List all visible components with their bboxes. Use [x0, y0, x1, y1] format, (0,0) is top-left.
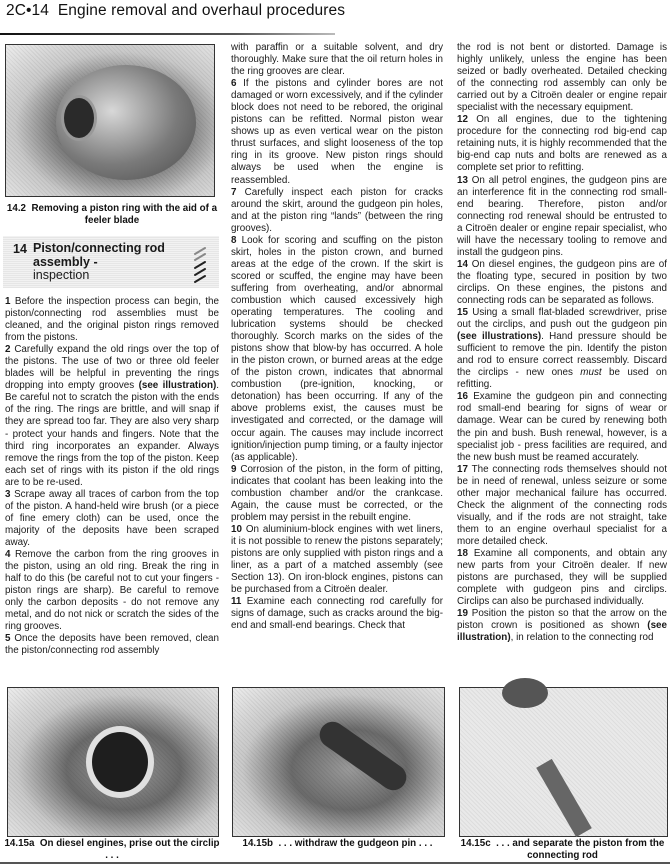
paragraph-6: 6 If the pistons and cylinder bores are …	[231, 78, 443, 186]
section-heading: 14 Piston/connecting rod assembly - insp…	[3, 236, 219, 288]
circlip-illustration	[86, 726, 154, 798]
paragraph-2: 2 Carefully expand the old rings over th…	[5, 344, 219, 489]
figure-14-2-caption: 14.2 Removing a piston ring with the aid…	[4, 203, 220, 227]
figure-14-2-photo	[5, 44, 215, 197]
figure-14-15b-photo	[232, 687, 445, 837]
page-header: 2C•14 Engine removal and overhaul proced…	[6, 2, 345, 20]
paragraph-11-continued: the rod is not bent or distorted. Damage…	[457, 42, 667, 114]
paragraph-4: 4 Remove the carbon from the ring groove…	[5, 549, 219, 633]
paragraph-18: 18 Examine all components, and obtain an…	[457, 548, 667, 608]
paragraph-17: 17 The connecting rods themselves should…	[457, 464, 667, 548]
header-rule	[0, 33, 335, 35]
figure-14-15b-caption: 14.15b . . . withdraw the gudgeon pin . …	[225, 838, 450, 850]
figure-14-15c-photo	[459, 687, 668, 837]
paragraph-11: 11 Examine each connecting rod carefully…	[231, 596, 443, 632]
paragraph-10: 10 On aluminium-block engines with wet l…	[231, 524, 443, 596]
connecting-rod-illustration	[536, 759, 592, 837]
paragraph-16: 16 Examine the gudgeon pin and connectin…	[457, 391, 667, 463]
paragraph-8: 8 Look for scoring and scuffing on the p…	[231, 235, 443, 464]
paragraph-13: 13 On all petrol engines, the gudgeon pi…	[457, 175, 667, 259]
page-reference: 2C•14	[6, 2, 49, 19]
paragraph-7: 7 Carefully inspect each piston for crac…	[231, 187, 443, 235]
paragraph-12: 12 On all engines, due to the tightening…	[457, 114, 667, 174]
section-title: Piston/connecting rod assembly - inspect…	[33, 242, 165, 283]
paragraph-5-continued: with paraffin or a suitable solvent, and…	[231, 42, 443, 78]
wrench-rating-icon	[193, 244, 207, 284]
paragraph-3: 3 Scrape away all traces of carbon from …	[5, 489, 219, 549]
gudgeon-pin-illustration	[315, 717, 412, 796]
paragraph-1: 1 Before the inspection process can begi…	[5, 296, 219, 344]
text-column-3: the rod is not bent or distorted. Damage…	[457, 42, 667, 644]
paragraph-14: 14 On diesel engines, the gudgeon pins a…	[457, 259, 667, 307]
figure-14-15a-caption: 14.15a On diesel engines, prise out the …	[4, 838, 220, 862]
page-title: Engine removal and overhaul procedures	[58, 2, 345, 19]
text-column-2: with paraffin or a suitable solvent, and…	[231, 42, 443, 632]
section-number: 14	[13, 242, 27, 256]
figure-14-15c-caption: 14.15c . . . and separate the piston fro…	[455, 838, 670, 862]
text-column-1: 1 Before the inspection process can begi…	[5, 296, 219, 657]
piston-illustration	[502, 678, 548, 708]
paragraph-9: 9 Corrosion of the piston, in the form o…	[231, 464, 443, 524]
paragraph-5: 5 Once the deposits have been removed, c…	[5, 633, 219, 657]
paragraph-19: 19 Position the piston so that the arrow…	[457, 608, 667, 644]
gudgeon-hole	[61, 95, 97, 141]
figure-14-15a-photo	[7, 687, 219, 837]
paragraph-15: 15 Using a small flat-bladed screwdriver…	[457, 307, 667, 391]
